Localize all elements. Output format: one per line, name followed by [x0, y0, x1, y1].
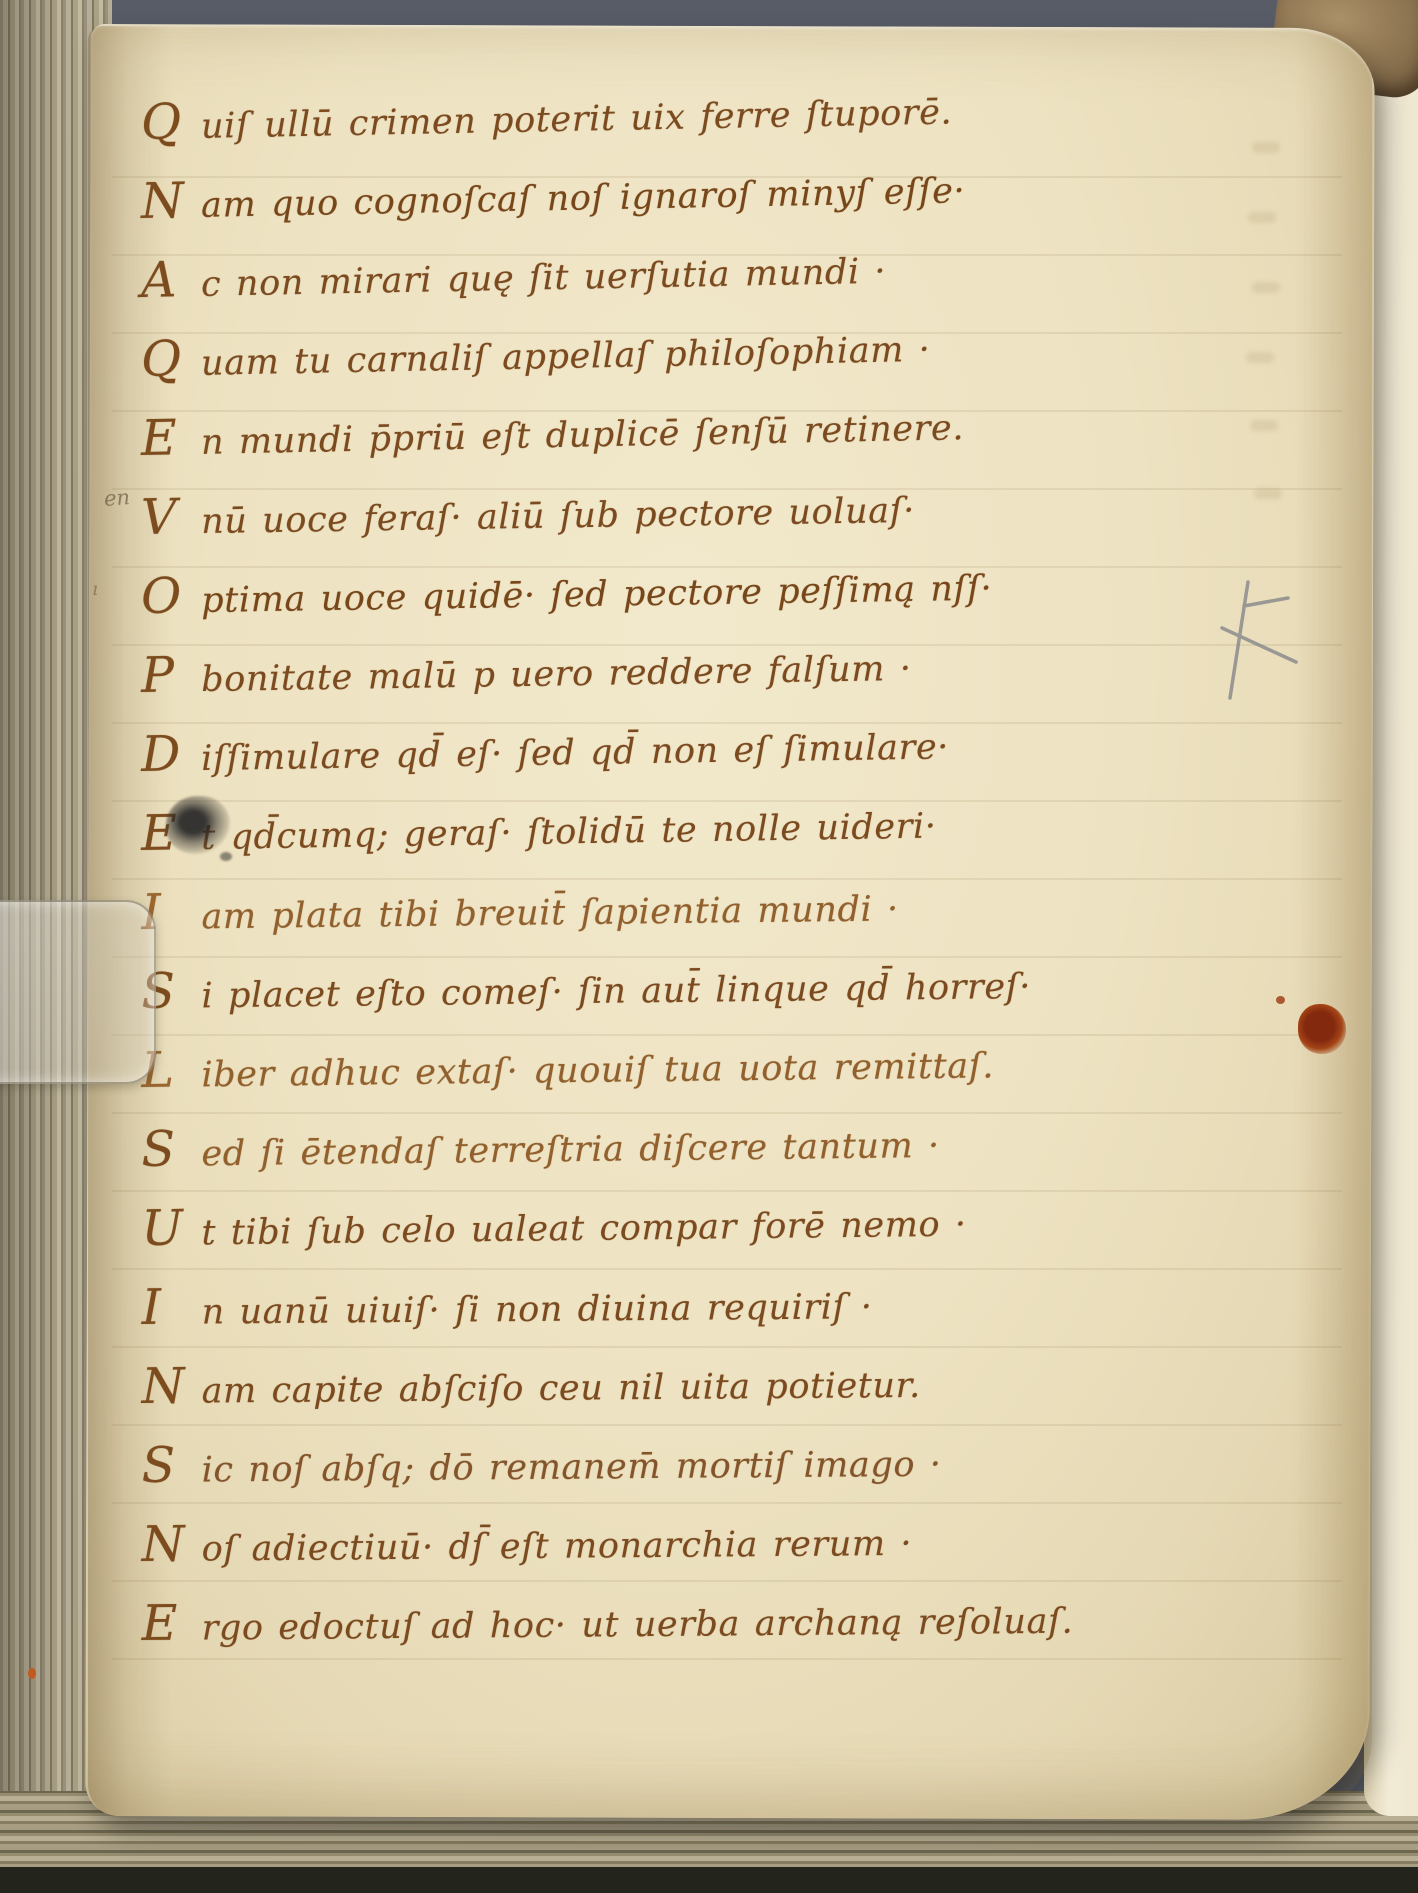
wax-stain-dot [1276, 996, 1285, 1004]
line-initial: E [140, 413, 201, 463]
verse-line: In uanū uiuiſ· ſi non diuina requiriſ · [141, 1275, 1172, 1362]
line-initial: N [141, 1362, 201, 1411]
line-initial: S [141, 1124, 202, 1174]
verse-text-block: Quiſ ullū crimen poterit uix ferre ſtupo… [142, 98, 1172, 1678]
verse-line: Sic noſ abſq; dō remanem̄ mortiſ imago · [141, 1433, 1172, 1520]
showthrough-mark [1252, 282, 1280, 293]
line-initial: D [141, 729, 202, 779]
showthrough-mark [1250, 420, 1278, 431]
line-text: n mundi p̄priū eſt duplicē ſenſū retiner… [201, 408, 965, 463]
line-text: iber adhuc extaſ· quouiſ tua uota remitt… [201, 1046, 994, 1095]
verse-line: Ergo edoctuſ ad hoc· ut uerba archaną re… [141, 1591, 1172, 1678]
line-text: iſſimulare qd̄ eſ· ſed qd̄ non eſ ſimula… [201, 727, 949, 779]
line-text: am capite abſciſo ceu nil uita potietur. [201, 1366, 921, 1412]
line-text: ptima uoce quidē· ſed pectore peſſimą nſ… [201, 569, 993, 621]
line-text: c non mirari quę ſit uerſutia mundi · [201, 252, 887, 305]
verse-line: Ut tibi ſub celo ualeat compar forē nemo… [141, 1192, 1172, 1283]
line-text: uam tu carnaliſ appellaſ philoſophiam · [201, 330, 931, 384]
line-text: ed ſi ētendaſ terreſtria diſcere tantum … [201, 1126, 940, 1174]
line-text: nū uoce feraſ· aliū ſub pectore uoluaſ· [201, 491, 915, 542]
ink-smudge [220, 852, 232, 861]
line-initial: E [141, 1599, 201, 1648]
line-text: rgo edoctuſ ad hoc· ut uerba archaną reſ… [201, 1602, 1073, 1649]
line-initial: I [141, 1283, 201, 1332]
verse-line: Iam plata tibi breuit̄ ſapientia mundi · [141, 876, 1172, 967]
line-text: ic noſ abſq; dō remanem̄ mortiſ imago · [201, 1445, 941, 1491]
line-initial: Q [140, 334, 201, 384]
wax-stain [1298, 1004, 1346, 1054]
line-initial: N [140, 176, 201, 226]
line-initial: U [141, 1203, 202, 1253]
showthrough-mark [1252, 142, 1280, 153]
line-text: uiſ ullū crimen poterit uix ferre ſtupor… [201, 92, 953, 146]
line-initial: O [141, 571, 202, 621]
margin-note: en [103, 485, 131, 511]
line-text: n uanū uiuiſ· ſi non diuina requiriſ · [201, 1287, 872, 1332]
line-initial: Q [140, 97, 201, 147]
pencil-x-mark [1210, 576, 1310, 706]
line-initial: N [141, 1520, 201, 1569]
verse-line: Si placet eſto comeſ· ſin aut̄ linque qd… [141, 955, 1172, 1046]
verse-line: Noſ adiectiuū· dſ̄ eſt monarchia rerum · [141, 1512, 1172, 1599]
line-text: bonitate malū p uero reddere falſum · [201, 649, 912, 700]
line-initial: P [141, 650, 202, 700]
line-text: am plata tibi breuit̄ ſapientia mundi · [201, 889, 899, 937]
margin-mark: ı [92, 578, 98, 600]
showthrough-mark [1246, 352, 1274, 363]
showthrough-mark [1248, 212, 1276, 223]
book-board-edge [0, 1867, 1418, 1893]
verse-line: Liber adhuc extaſ· quouiſ tua uota remit… [141, 1034, 1172, 1125]
line-initial: A [140, 255, 201, 305]
line-text: t tibi ſub celo ualeat compar forē nemo … [201, 1205, 967, 1254]
line-text: i placet eſto comeſ· ſin aut̄ linque qd̄… [201, 967, 1031, 1016]
line-text: t qd̄cumq; geraſ· ſtolidū te nolle uider… [201, 807, 937, 859]
verse-line: Sed ſi ētendaſ terreſtria diſcere tantum… [141, 1113, 1172, 1204]
red-speck [28, 1668, 36, 1679]
line-text: am quo cognoſcaſ noſ ignaroſ minyſ eſſe· [201, 171, 966, 226]
showthrough-mark [1254, 488, 1282, 499]
verse-line: Et qd̄cumq; geraſ· ſtolidū te nolle uide… [141, 793, 1172, 888]
line-text: oſ adiectiuū· dſ̄ eſt monarchia rerum · [201, 1524, 912, 1570]
transparent-clip [0, 900, 156, 1084]
line-initial: S [141, 1441, 201, 1490]
verse-line: Nam capite abſciſo ceu nil uita potietur… [141, 1354, 1172, 1441]
line-initial: V [141, 492, 202, 542]
manuscript-photo: Quiſ ullū crimen poterit uix ferre ſtupo… [0, 0, 1418, 1893]
